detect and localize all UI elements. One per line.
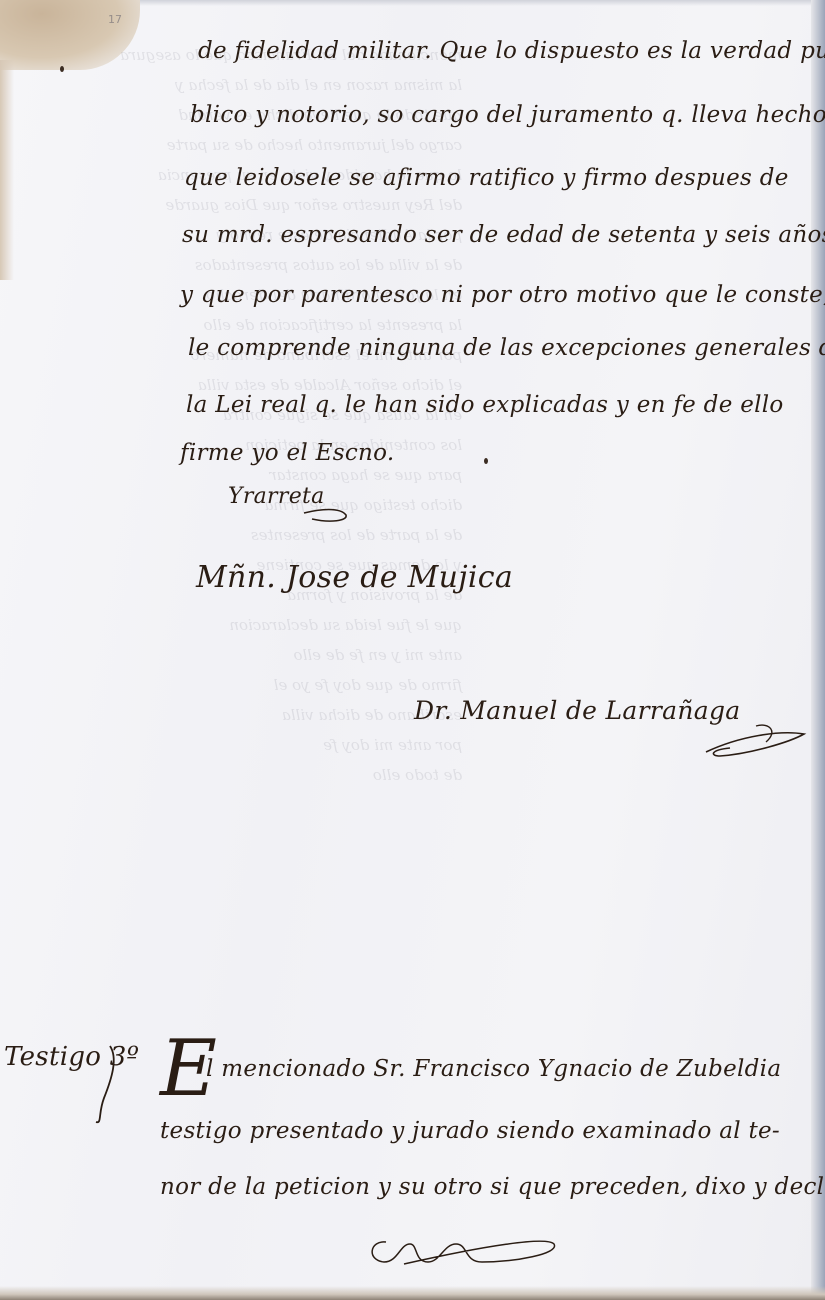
water-stain-top-left: [0, 0, 140, 70]
signature-rubric-larranaga: [700, 722, 810, 766]
page-top-edge: [140, 0, 825, 6]
page-bottom-edge: [0, 1286, 825, 1300]
ink-mark: [60, 66, 64, 72]
signature-manuel-de-larranaga: Dr. Manuel de Larrañaga: [414, 696, 740, 725]
page-binding-edge: [811, 0, 825, 1300]
body-line-7: la Lei real q. le han sido explicadas y …: [186, 392, 784, 418]
signature-jose-de-mujica: Mñn. Jose de Mujica: [196, 560, 513, 595]
body-line-2: blico y notorio, so cargo del juramento …: [190, 102, 825, 128]
testimony-line-2: testigo presentado y jurado siendo exami…: [160, 1118, 780, 1144]
water-stain-left-edge: [0, 60, 14, 280]
body-line-3: que leidosele se afirmo ratifico y firmo…: [184, 165, 789, 191]
testimony-line-3: nor de la peticion y su otro si que prec…: [160, 1174, 825, 1200]
margin-bracket: [92, 1038, 122, 1132]
body-line-4: su mrd. espresando ser de edad de setent…: [182, 222, 825, 248]
testimony-line-1: l mencionado Sr. Francisco Ygnacio de Zu…: [206, 1056, 781, 1082]
manuscript-page: mencionado del Sr. Francisco que lo aseg…: [0, 0, 825, 1300]
closing-flourish: [364, 1232, 564, 1276]
body-line-5: y que por parentesco ni por otro motivo …: [180, 282, 825, 308]
ink-mark: [484, 458, 488, 464]
folio-number: 17: [108, 13, 122, 26]
body-line-6: le comprende ninguna de las excepciones …: [188, 335, 825, 361]
signature-rubric-yrarreta: [300, 505, 360, 529]
body-line-1: de fidelidad militar. Que lo dispuesto e…: [198, 38, 825, 64]
body-line-8: firme yo el Escno.: [180, 440, 394, 466]
